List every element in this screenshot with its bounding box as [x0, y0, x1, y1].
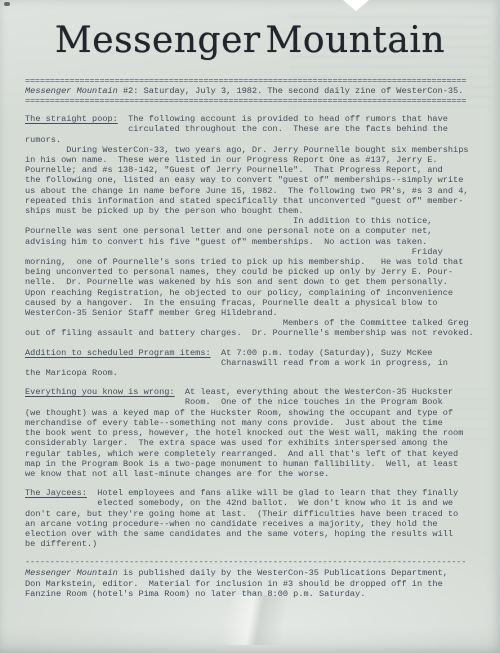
article-heading: The Jaycees:: [25, 488, 87, 498]
issue-zine-name: Messenger Mountain: [25, 86, 118, 96]
article-heading: Addition to scheduled Program items:: [25, 348, 211, 358]
article-jaycees: The Jaycees: Hotel employees and fans al…: [25, 488, 487, 549]
paper-notch: [343, 0, 369, 11]
article-everything-wrong: Everything you know is wrong: At least, …: [25, 387, 487, 479]
paper-crease: [0, 595, 500, 645]
masthead-rule-top: ========================================…: [25, 76, 487, 86]
colophon-zine-name: Messenger Mountain: [25, 568, 118, 578]
article-heading: The straight poop:: [25, 114, 118, 124]
zine-page: Messenger Mountain =====================…: [0, 0, 500, 653]
colophon: Messenger Mountain is published daily by…: [25, 568, 487, 599]
article-straight-poop: The straight poop: The following account…: [25, 114, 487, 338]
article-body: At least, everything about the WesterCon…: [25, 387, 463, 479]
masthead-rule-bottom: ========================================…: [25, 96, 487, 106]
zine-title: Messenger Mountain: [0, 20, 500, 61]
issue-line: Messenger Mountain #2: Saturday, July 3,…: [25, 86, 487, 96]
article-program-items: Addition to scheduled Program items: At …: [25, 348, 487, 379]
article-heading: Everything you know is wrong:: [25, 387, 175, 397]
article-body: Hotel employees and fans alike will be g…: [25, 488, 458, 549]
issue-line-text: #2: Saturday, July 3, 1982. The second d…: [118, 86, 464, 96]
page-content: ========================================…: [25, 76, 487, 599]
article-body: The following account is provided to hea…: [25, 114, 474, 338]
ink-speck: [4, 2, 10, 6]
articles: The straight poop: The following account…: [25, 114, 487, 549]
footer-rule: ----------------------------------------…: [25, 557, 487, 567]
